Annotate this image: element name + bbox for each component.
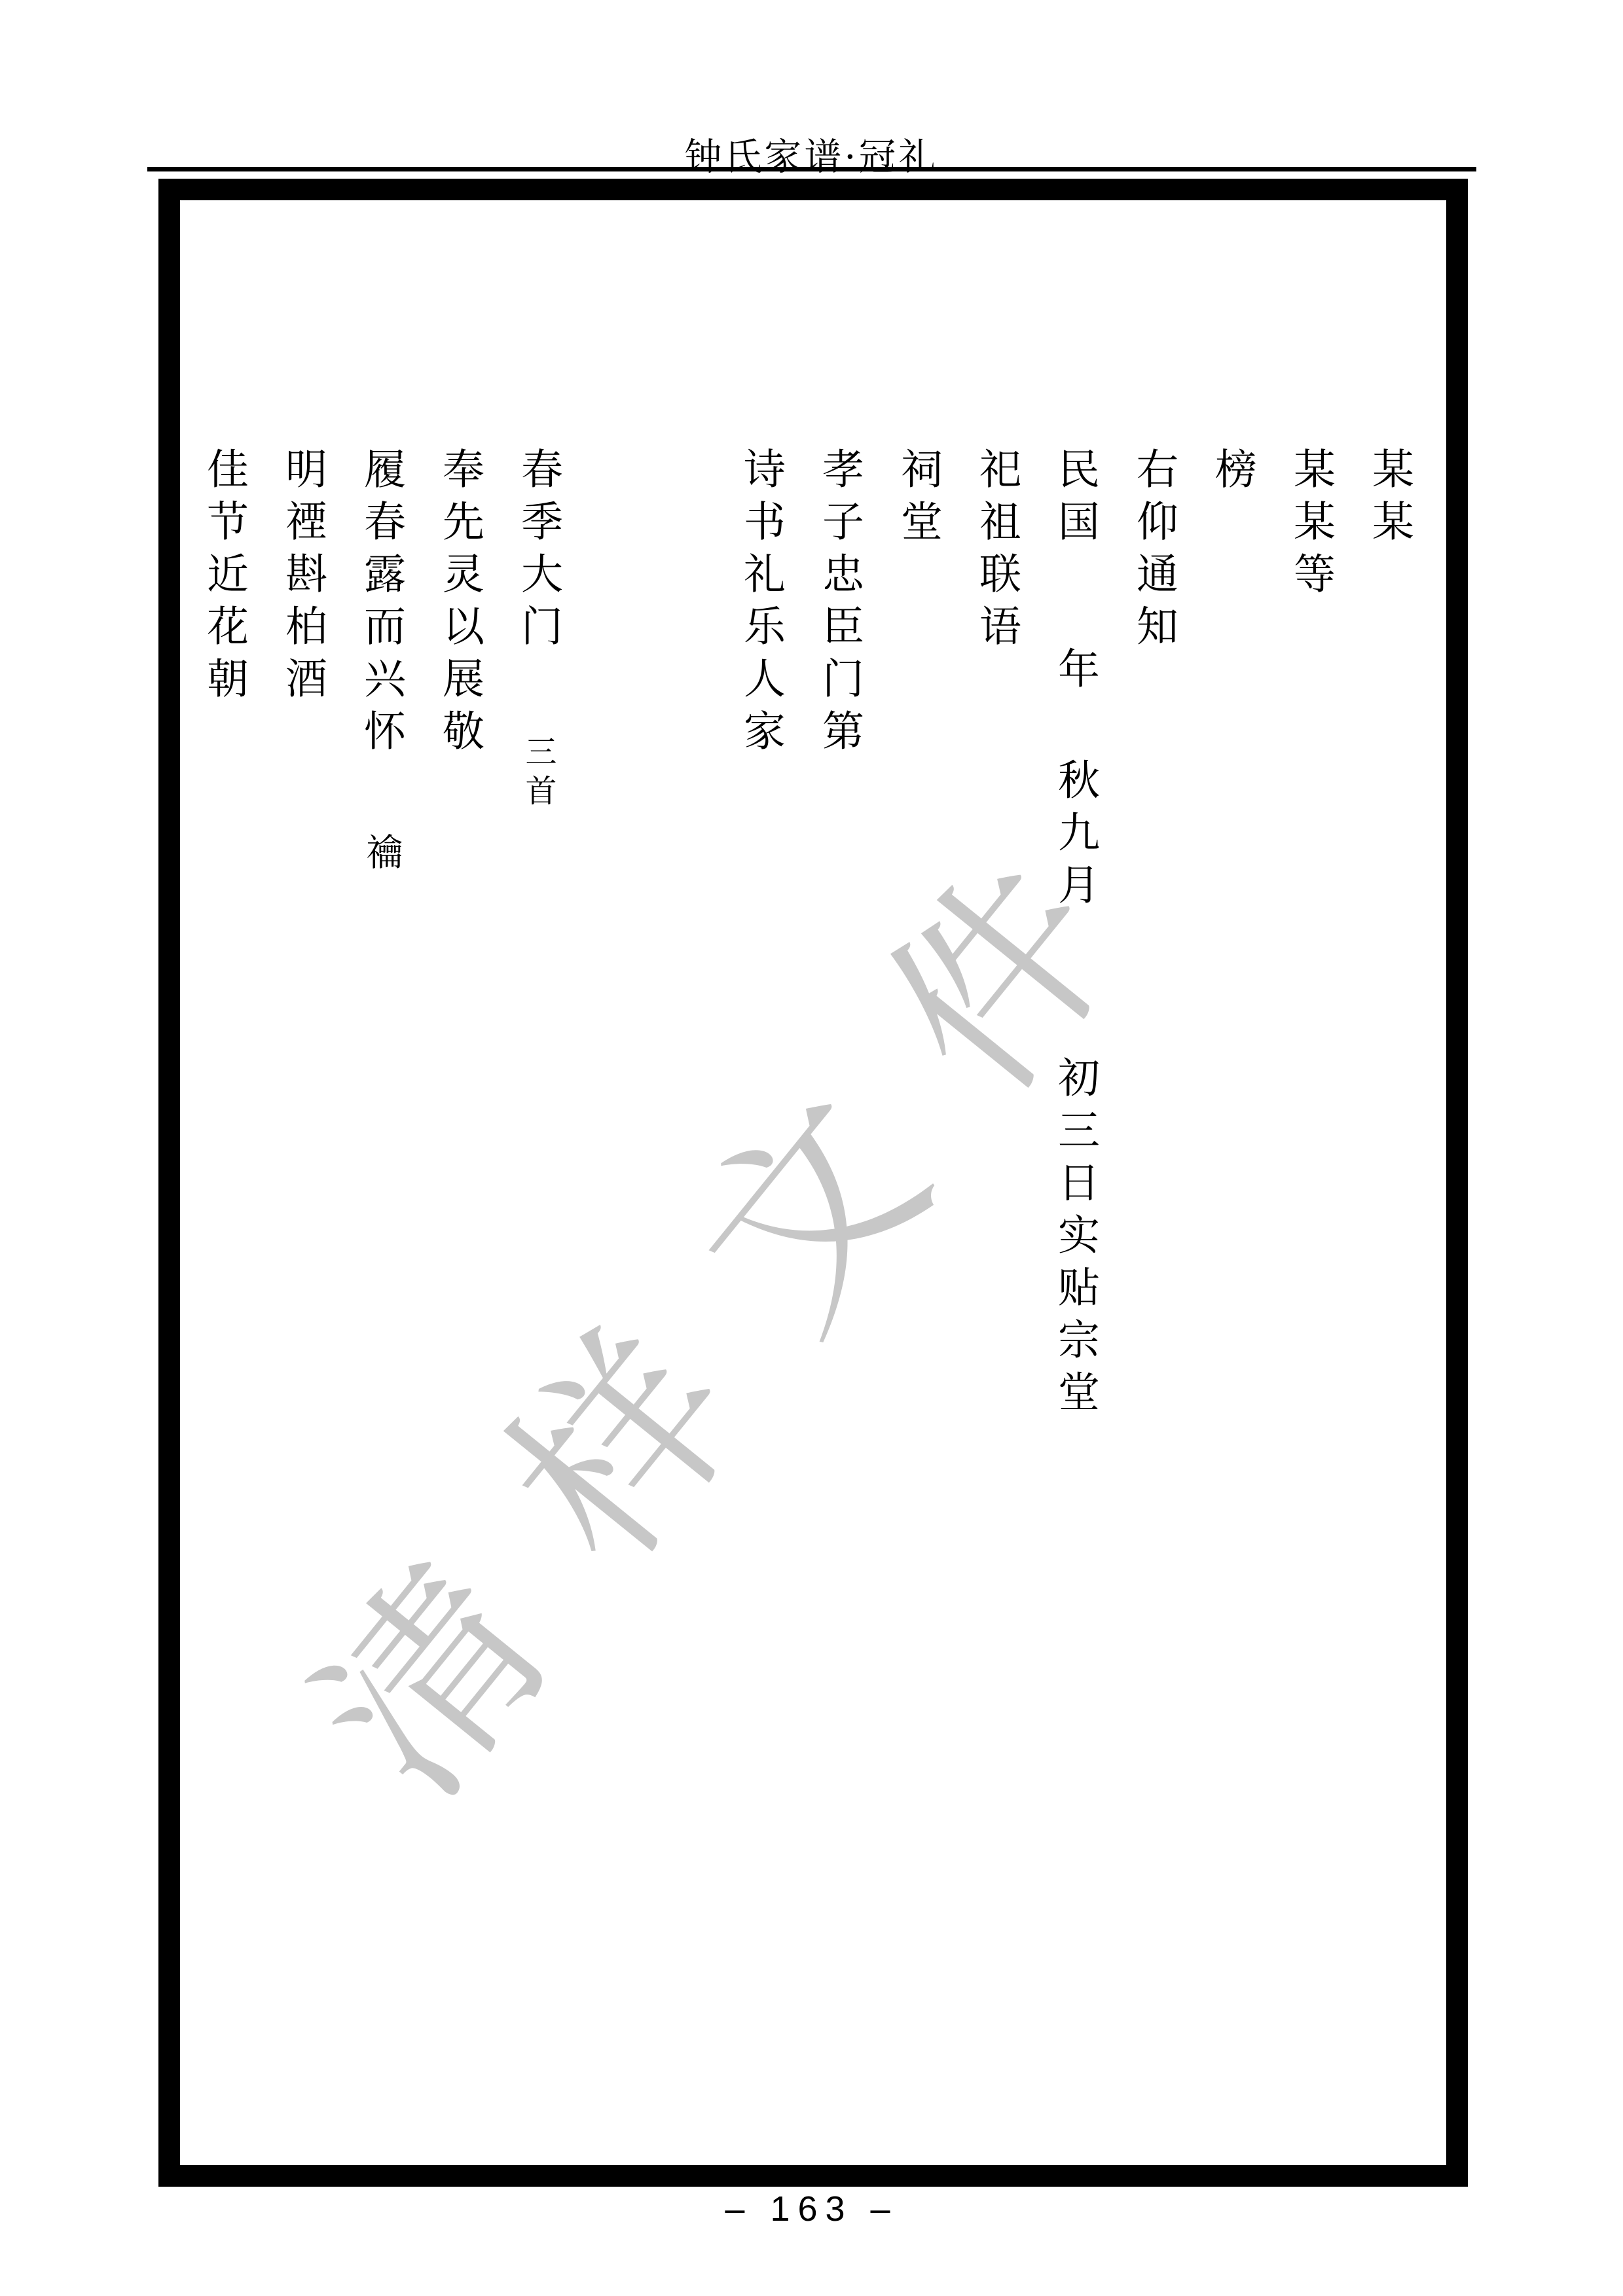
text-segment: 某某等 xyxy=(1286,447,1335,604)
text-segment: 春季大门 xyxy=(514,447,562,656)
text-segment: 履春露而兴怀 xyxy=(357,447,405,761)
column-date-line: 民国年秋九月初三日实贴宗堂 xyxy=(1036,447,1114,1625)
column-location-label: 祠堂 xyxy=(879,447,957,1625)
text-segment: 某某 xyxy=(1365,447,1413,552)
blank-fill-space xyxy=(1075,552,1076,647)
text-segment: 禴 xyxy=(360,833,403,879)
text-segment: 三首 xyxy=(520,735,556,814)
text-segment: 奉先灵以展敬 xyxy=(435,447,484,761)
blank-fill-space xyxy=(1075,699,1076,758)
text-segment: 民国 xyxy=(1051,447,1099,552)
column-couplet-2-lower: 履春露而兴怀禴 xyxy=(342,447,420,1625)
text-segment: 秋九月 xyxy=(1051,758,1099,915)
column-couplet-1-upper: 孝子忠臣门第 xyxy=(800,447,879,1625)
column-recipient-name-2: 某某等 xyxy=(1271,447,1350,1625)
column-notice-phrase: 右仰通知 xyxy=(1114,447,1193,1625)
text-segment: 祠堂 xyxy=(894,447,942,552)
column-couplet-1-lower: 诗书礼乐人家 xyxy=(721,447,800,1625)
column-recipient-name-1: 某某 xyxy=(1350,447,1429,1625)
text-segment: 明禋斟柏酒 xyxy=(278,447,327,709)
text-segment: 榜 xyxy=(1208,447,1256,499)
text-segment: 右仰通知 xyxy=(1129,447,1178,656)
column-couplet-2-upper: 奉先灵以展敬 xyxy=(420,447,499,1625)
column-section-title: 祀祖联语 xyxy=(957,447,1036,1625)
genealogy-page: 钟氏家谱·冠礼 清样文件 某某某某等榜右仰通知民国年秋九月初三日实贴宗堂祀祖联语… xyxy=(0,0,1623,2296)
column-subsection-title: 春季大门三首 xyxy=(499,447,577,1625)
text-segment: 年 xyxy=(1051,647,1099,699)
header-rule xyxy=(147,167,1476,171)
text-segment: 孝子忠臣门第 xyxy=(815,447,864,761)
blank-fill-space xyxy=(1075,915,1076,1056)
text-segment: 祀祖联语 xyxy=(972,447,1021,656)
blank-fill-space xyxy=(538,656,539,735)
text-segment: 佳节近花朝 xyxy=(200,447,248,709)
column-placard-label: 榜 xyxy=(1193,447,1271,1625)
column-couplet-3-upper: 明禋斟柏酒 xyxy=(263,447,342,1625)
column-couplet-3-lower: 佳节近花朝 xyxy=(185,447,263,1625)
page-number: – 163 – xyxy=(0,2189,1623,2229)
text-segment: 初三日实贴宗堂 xyxy=(1051,1056,1099,1422)
page-title: 钟氏家谱·冠礼 xyxy=(0,127,1623,181)
blank-fill-space xyxy=(381,761,382,833)
text-columns: 某某某某等榜右仰通知民国年秋九月初三日实贴宗堂祀祖联语祠堂孝子忠臣门第诗书礼乐人… xyxy=(185,447,1429,1625)
text-segment: 诗书礼乐人家 xyxy=(737,447,785,761)
